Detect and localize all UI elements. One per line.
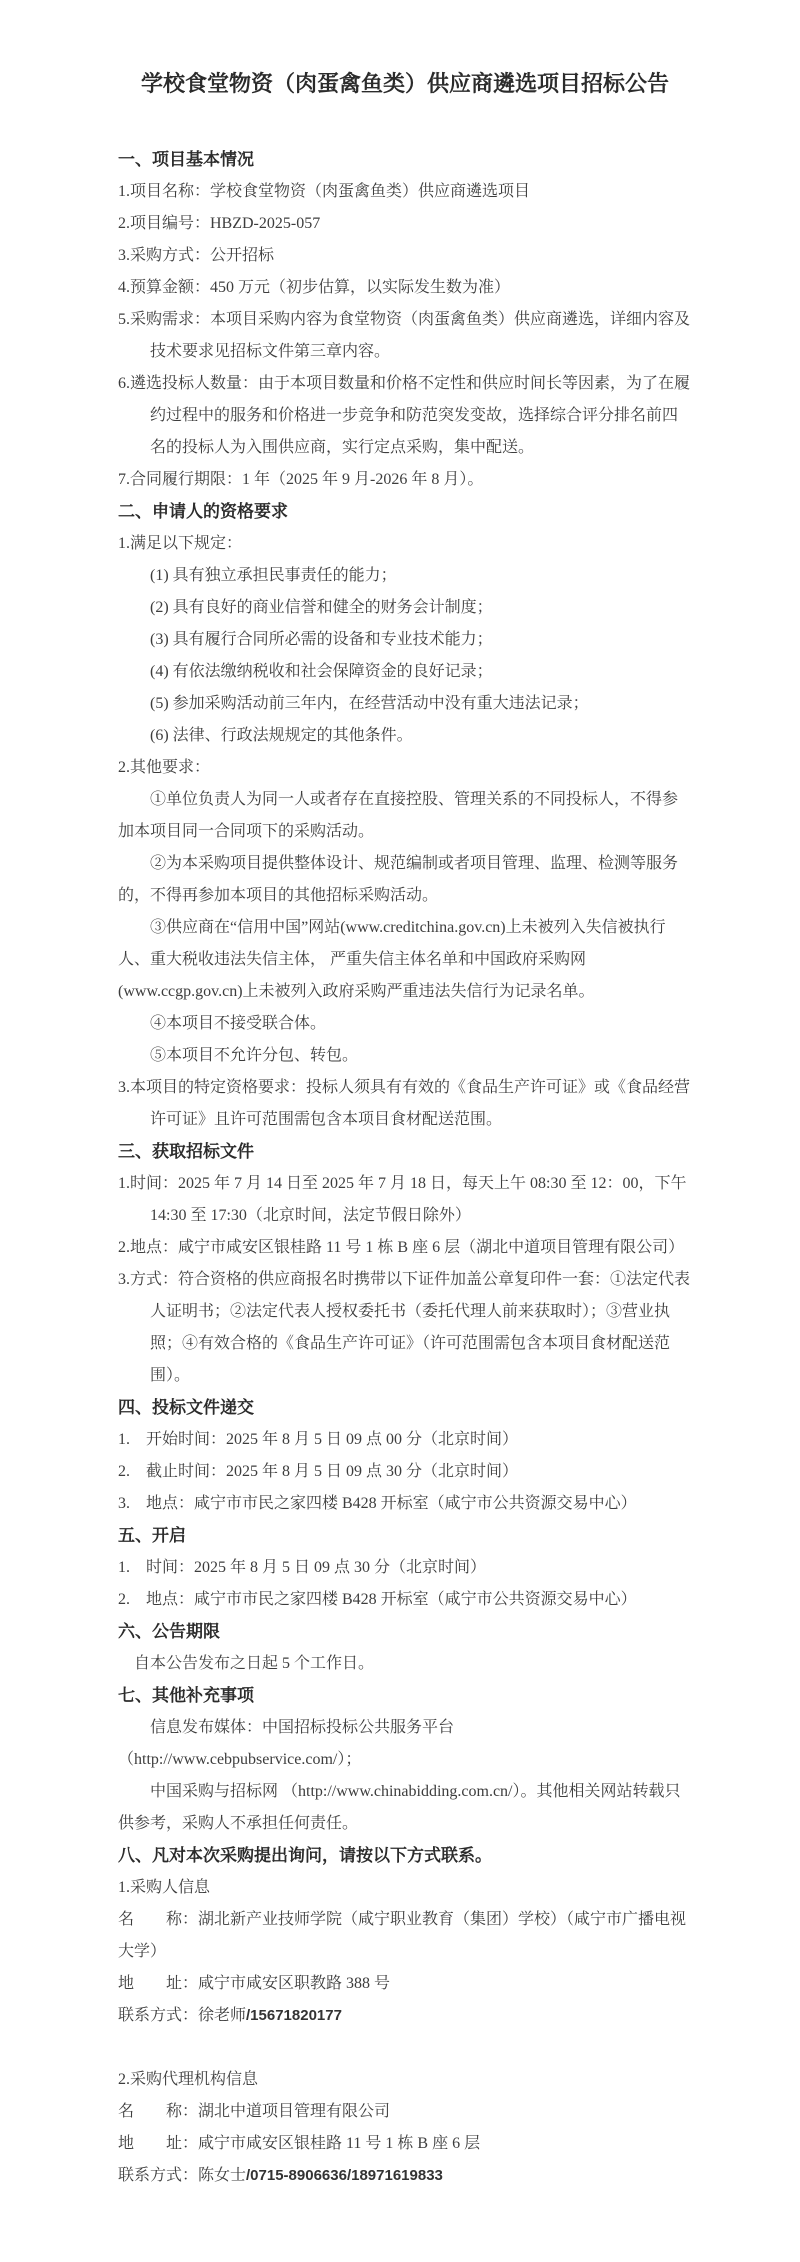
section-heading: 八、凡对本次采购提出询问，请按以下方式联系。 bbox=[118, 1840, 692, 1872]
paragraph: 2. 截止时间：2025 年 8 月 5 日 09 点 30 分（北京时间） bbox=[118, 1456, 692, 1488]
document-title: 学校食堂物资（肉蛋禽鱼类）供应商遴选项目招标公告 bbox=[118, 64, 692, 104]
paragraph: (1) 具有独立承担民事责任的能力； bbox=[118, 560, 692, 592]
document-body: 学校食堂物资（肉蛋禽鱼类）供应商遴选项目招标公告一、项目基本情况1.项目名称：学… bbox=[118, 64, 692, 2192]
section-heading: 六、公告期限 bbox=[118, 1616, 692, 1648]
paragraph: 名 称：湖北新产业技师学院（咸宁职业教育（集团）学校）（咸宁市广播电视大学） bbox=[118, 1904, 692, 1968]
paragraph: 3.本项目的特定资格要求：投标人须具有有效的《食品生产许可证》或《食品经营许可证… bbox=[118, 1072, 692, 1136]
paragraph: 2. 地点：咸宁市市民之家四楼 B428 开标室（咸宁市公共资源交易中心） bbox=[118, 1584, 692, 1616]
paragraph: ③供应商在“信用中国”网站(www.creditchina.gov.cn)上未被… bbox=[118, 912, 692, 1008]
paragraph: ②为本采购项目提供整体设计、规范编制或者项目管理、监理、检测等服务的，不得再参加… bbox=[118, 848, 692, 912]
paragraph: 名 称：湖北中道项目管理有限公司 bbox=[118, 2096, 692, 2128]
paragraph: （http://www.cebpubservice.com/）； bbox=[118, 1744, 692, 1776]
paragraph: 5.采购需求：本项目采购内容为食堂物资（肉蛋禽鱼类）供应商遴选，详细内容及技术要… bbox=[118, 304, 692, 368]
paragraph: 7.合同履行期限：1 年（2025 年 9 月-2026 年 8 月）。 bbox=[118, 464, 692, 496]
paragraph: 2.采购代理机构信息 bbox=[118, 2064, 692, 2096]
phone-number: /0715-8906636/18971619833 bbox=[246, 2167, 443, 2184]
paragraph: 1.项目名称：学校食堂物资（肉蛋禽鱼类）供应商遴选项目 bbox=[118, 176, 692, 208]
paragraph: (4) 有依法缴纳税收和社会保障资金的良好记录； bbox=[118, 656, 692, 688]
paragraph: 地 址：咸宁市咸安区银桂路 11 号 1 栋 B 座 6 层 bbox=[118, 2128, 692, 2160]
phone-number: /15671820177 bbox=[246, 2007, 342, 2024]
paragraph: 2.项目编号：HBZD-2025-057 bbox=[118, 208, 692, 240]
paragraph: 自本公告发布之日起 5 个工作日。 bbox=[118, 1648, 692, 1680]
paragraph: (5) 参加采购活动前三年内，在经营活动中没有重大违法记录； bbox=[118, 688, 692, 720]
contact-line: 联系方式：徐老师/15671820177 bbox=[118, 2000, 692, 2032]
paragraph: 6.遴选投标人数量：由于本项目数量和价格不定性和供应时间长等因素，为了在履约过程… bbox=[118, 368, 692, 464]
section-heading: 四、投标文件递交 bbox=[118, 1392, 692, 1424]
paragraph: 1.满足以下规定： bbox=[118, 528, 692, 560]
paragraph: 信息发布媒体：中国招标投标公共服务平台 bbox=[118, 1712, 692, 1744]
paragraph: 1.采购人信息 bbox=[118, 1872, 692, 1904]
paragraph: 1. 时间：2025 年 8 月 5 日 09 点 30 分（北京时间） bbox=[118, 1552, 692, 1584]
paragraph: 1. 开始时间：2025 年 8 月 5 日 09 点 00 分（北京时间） bbox=[118, 1424, 692, 1456]
section-heading: 一、项目基本情况 bbox=[118, 144, 692, 176]
section-heading: 二、申请人的资格要求 bbox=[118, 496, 692, 528]
contact-line: 联系方式：陈女士/0715-8906636/18971619833 bbox=[118, 2160, 692, 2192]
paragraph: ④本项目不接受联合体。 bbox=[118, 1008, 692, 1040]
paragraph: 4.预算金额：450 万元（初步估算，以实际发生数为准） bbox=[118, 272, 692, 304]
paragraph: 3.方式：符合资格的供应商报名时携带以下证件加盖公章复印件一套：①法定代表人证明… bbox=[118, 1264, 692, 1392]
paragraph: 地 址：咸宁市咸安区职教路 388 号 bbox=[118, 1968, 692, 2000]
contact-label: 联系方式：徐老师 bbox=[118, 2007, 246, 2024]
blank-line bbox=[118, 2032, 692, 2064]
paragraph: 3. 地点：咸宁市市民之家四楼 B428 开标室（咸宁市公共资源交易中心） bbox=[118, 1488, 692, 1520]
paragraph: 中国采购与招标网 （http://www.chinabidding.com.cn… bbox=[118, 1776, 692, 1840]
paragraph: 2.其他要求： bbox=[118, 752, 692, 784]
paragraph: ⑤本项目不允许分包、转包。 bbox=[118, 1040, 692, 1072]
paragraph: 1.时间：2025 年 7 月 14 日至 2025 年 7 月 18 日，每天… bbox=[118, 1168, 692, 1232]
section-heading: 七、其他补充事项 bbox=[118, 1680, 692, 1712]
paragraph: (3) 具有履行合同所必需的设备和专业技术能力； bbox=[118, 624, 692, 656]
paragraph: ①单位负责人为同一人或者存在直接控股、管理关系的不同投标人，不得参加本项目同一合… bbox=[118, 784, 692, 848]
paragraph: 3.采购方式：公开招标 bbox=[118, 240, 692, 272]
paragraph: 2.地点：咸宁市咸安区银桂路 11 号 1 栋 B 座 6 层（湖北中道项目管理… bbox=[118, 1232, 692, 1264]
paragraph: (6) 法律、行政法规规定的其他条件。 bbox=[118, 720, 692, 752]
paragraph: (2) 具有良好的商业信誉和健全的财务会计制度； bbox=[118, 592, 692, 624]
contact-label: 联系方式：陈女士 bbox=[118, 2167, 246, 2184]
section-heading: 三、获取招标文件 bbox=[118, 1136, 692, 1168]
section-heading: 五、开启 bbox=[118, 1520, 692, 1552]
document-page: 学校食堂物资（肉蛋禽鱼类）供应商遴选项目招标公告一、项目基本情况1.项目名称：学… bbox=[0, 0, 800, 2262]
